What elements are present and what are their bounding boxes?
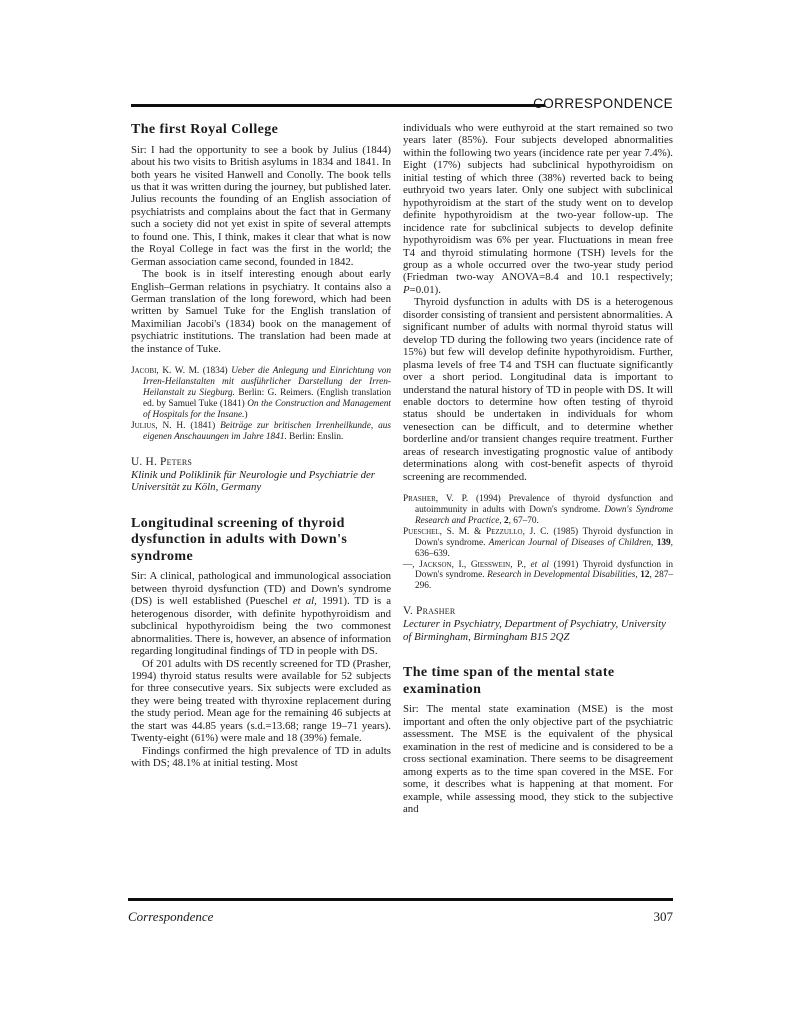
footer-page-number: 307: [654, 909, 674, 925]
signature-affiliation: Klinik und Poliklinik für Neurologie und…: [131, 469, 391, 494]
article2-references: Prasher, V. P. (1994) Prevalence of thyr…: [403, 494, 673, 592]
signature-name: U. H. Peters: [131, 456, 391, 469]
signature-name: V. Prasher: [403, 605, 673, 618]
article-title-first-royal-college: The first Royal College: [131, 122, 391, 139]
page-header-title: CORRESPONDENCE: [533, 96, 673, 111]
left-column: The first Royal College Sir: I had the o…: [131, 122, 391, 770]
article-title-longitudinal-screening: Longitudinal screening of thyroid dysfun…: [131, 516, 391, 566]
reference-entry: Julius, N. H. (1841) Beiträge zur britis…: [131, 421, 391, 443]
article2-paragraph-5: Thyroid dysfunction in adults with DS is…: [403, 296, 673, 483]
journal-page: CORRESPONDENCE The first Royal College S…: [0, 0, 800, 1036]
footer-running-title: Correspondence: [128, 909, 213, 925]
right-column: individuals who were euthyroid at the st…: [403, 122, 673, 815]
article-title-time-span-mse: The time span of the mental state examin…: [403, 665, 673, 698]
article2-signature: V. Prasher Lecturer in Psychiatry, Depar…: [403, 605, 673, 643]
article1-signature: U. H. Peters Klinik und Poliklinik für N…: [131, 456, 391, 494]
article2-paragraph-4-continued: individuals who were euthyroid at the st…: [403, 122, 673, 296]
article2-paragraph-2: Of 201 adults with DS recently screened …: [131, 658, 391, 745]
reference-entry: Jacobi, K. W. M. (1834) Ueber die Anlegu…: [131, 366, 391, 421]
signature-affiliation: Lecturer in Psychiatry, Department of Ps…: [403, 618, 673, 643]
reference-entry: Pueschel, S. M. & Pezzullo, J. C. (1985)…: [403, 527, 673, 560]
article1-references: Jacobi, K. W. M. (1834) Ueber die Anlegu…: [131, 366, 391, 442]
article3-paragraph-1: Sir: The mental state examination (MSE) …: [403, 703, 673, 815]
article2-paragraph-3: Findings confirmed the high prevalence o…: [131, 745, 391, 770]
header-rule: [131, 104, 545, 107]
footer-rule: [128, 898, 673, 901]
article1-paragraph-1: Sir: I had the opportunity to see a book…: [131, 144, 391, 269]
page-footer: Correspondence 307: [128, 909, 673, 925]
reference-entry: —, Jackson, I., Giesswein, P., et al (19…: [403, 560, 673, 593]
reference-entry: Prasher, V. P. (1994) Prevalence of thyr…: [403, 494, 673, 527]
article1-paragraph-2: The book is in itself interesting enough…: [131, 268, 391, 355]
article2-paragraph-1: Sir: A clinical, pathological and immuno…: [131, 570, 391, 657]
